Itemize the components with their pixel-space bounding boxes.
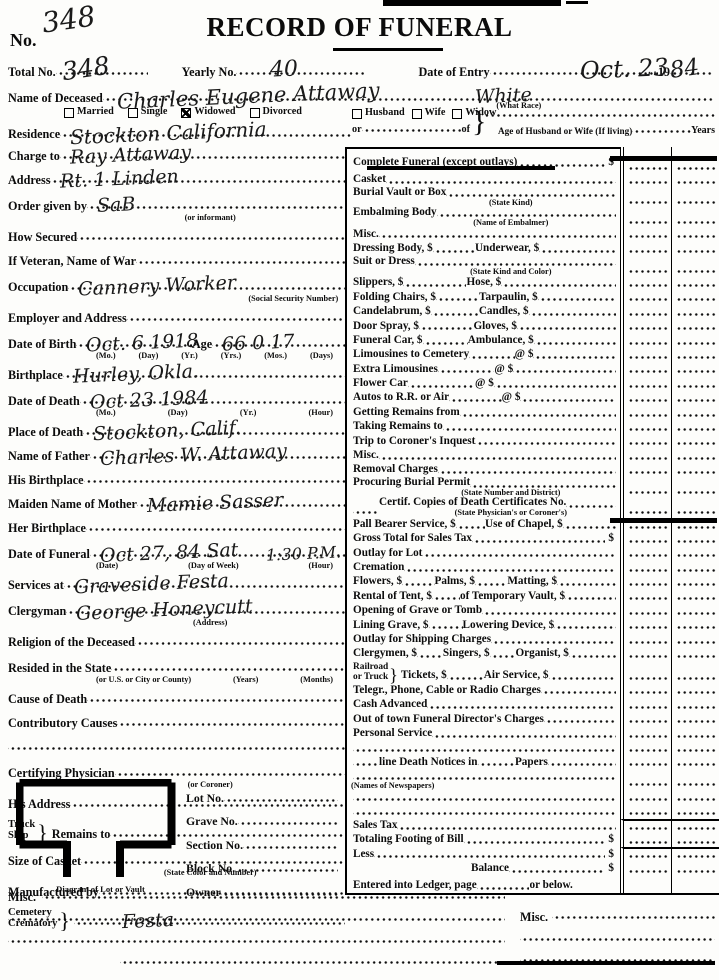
amount-cell [671,575,719,589]
charge-row-text: line Death Notices inPapers [345,756,620,770]
dotted-line [533,348,616,362]
form-field-row: How Secured [8,222,345,246]
field-label: Order given by [8,200,87,212]
amount-cell [671,833,719,847]
dotted-line [449,391,502,405]
dotted-line: SaB [87,189,345,212]
field-sublabel: (Mos.) [264,352,287,360]
dotted-line [675,590,716,604]
charge-row: Procuring Burial Permit(State Number and… [345,478,719,498]
years-label: Years [691,125,715,136]
dotted-line [675,319,716,333]
form-field-row: Place of DeathStockton, Calif. [8,417,345,441]
amount-cell [671,756,719,770]
relation-option-label: Husband [365,107,405,118]
dotted-line [379,449,616,463]
charge-row [345,804,719,818]
dotted-line [627,849,668,861]
field-sublabel: (or informant) [185,214,236,222]
dotted-line [509,862,605,876]
charge-row: Balance$ [345,862,719,876]
checkbox-icon [250,108,260,118]
form-field-row: Services atGraveside Festa [8,570,345,594]
dotted-line [675,348,716,362]
charge-item-label: Totaling Footing of Bill [353,834,464,845]
amount-cell [671,363,719,377]
charge-row-text: Certif. Copies of Death Certificates No.… [345,498,620,518]
dotted-line [8,939,505,943]
relation-option-label: Wife [425,107,446,118]
dotted-line [675,463,716,477]
dotted-line: Cannery Worker [68,270,345,293]
charge-item-label: Embalming Body [353,207,437,218]
charge-row-text: Flower Car@ $ [345,377,620,391]
charge-row: Taking Remains to [345,420,719,434]
dotted-line [627,449,668,463]
dotted-line [627,434,668,448]
dotted-line [557,575,616,589]
of-label: of [462,124,471,135]
amount-cell [620,833,671,847]
field-sublabels: (or informant) [8,214,345,222]
amount-cell [671,173,719,187]
dotted-line [675,305,716,319]
date-of-entry-value: Oct. 23 [579,55,669,83]
dotted-line: Charles W. Attaway [90,441,345,462]
amount-cell [620,207,671,227]
record-of-funeral-scan: { "header": { "no_label": "No.", "no_val… [0,0,719,980]
dotted-line [353,741,616,755]
amount-cell [671,406,719,420]
charge-row: Cash Advanced [345,698,719,712]
amount-cell [620,276,671,290]
checkbox-checked-icon [181,108,191,118]
charge-item-label: Gloves, $ [473,321,517,332]
dotted-line [675,561,716,575]
dotted-line [447,662,484,684]
dotted-line [397,819,616,833]
dotted-line [353,790,616,804]
amount-cell [620,847,671,861]
form-field-row: Maiden Name of MotherMamie Sasser [8,489,345,513]
dotted-line [675,727,716,741]
charge-sublabels: (Names of Newspapers) [347,782,620,790]
charge-row-text: Out of town Funeral Director's Charges [345,712,620,726]
field-label: Occupation [8,281,68,293]
field-label: How Secured [8,231,77,243]
dotted-line [675,804,716,818]
dotted-line [627,590,668,604]
dotted-line [675,334,716,348]
amount-cell [620,741,671,755]
dotted-line [675,633,716,647]
dotted-line [243,831,338,852]
dotted-line [42,895,505,899]
form-field-row: If Veteran, Name of War [8,246,345,270]
charge-row-text: Outlay for Lot [345,546,620,560]
dotted-line [491,633,616,647]
amount-cell [620,862,671,876]
dotted-line: George Honeycutt [66,594,345,617]
dotted-line [675,712,716,726]
amount-cell [671,604,719,618]
form-field-row: Charge toRay Attaway [8,141,345,165]
lot-diagram-outline [20,783,172,878]
amount-cell [620,561,671,575]
amount-cell [620,684,671,698]
charge-item-label: Funeral Car, $ [353,335,423,346]
amount-cell [620,363,671,377]
field-label: Address [8,174,50,186]
form-field-row: Date of FuneralOct 27, 84 Sat1:30 P.M.(D… [8,537,345,570]
race-sublabel: (What Race) [496,101,541,110]
charge-item-label: Personal Service [353,728,432,739]
field-label: Place of Death [8,426,83,438]
dotted-line [675,449,716,463]
field-sublabel: (Yrs.) [221,352,242,360]
dotted-line [478,756,515,770]
scan-artifact-bar [383,0,561,6]
charge-item-label: Procuring Burial Permit [353,477,470,488]
amount-cell [671,546,719,560]
dotted-line: Mamie Sasser [137,489,345,510]
amount-cell [671,532,719,546]
charge-row-text: Totaling Footing of Bill$ [345,833,620,847]
charge-item-label: Cash Advanced [353,699,427,710]
charge-row-text: Telegr., Phone, Cable or Radio Charges [345,684,620,698]
dotted-line [8,917,505,921]
charge-item-label: Papers [515,757,548,768]
charge-row: Rental of Tent, $of Temporary Vault, $ [345,590,719,604]
dotted-line [422,546,616,560]
name-of-deceased-row: Name of Deceased Charles Eugene Attaway … [8,84,713,106]
dotted-line [675,173,716,187]
dotted-line [675,406,716,420]
dotted-line [627,712,668,726]
dollar-sign: $ [608,533,614,544]
form-field-row: AddressRt. 1 Linden [8,165,345,189]
charge-item-label: Slippers, $ [353,277,403,288]
form-field-row: BirthplaceHurley, Okla. [8,360,345,384]
charge-item-label: Certif. Copies of Death Certificates No. [379,497,566,508]
misc-right-label: Misc. [520,911,548,923]
charge-row: Lining Grave, $Lowering Device, $ [345,618,719,632]
dotted-line [431,305,479,319]
page-title: RECORD OF FUNERAL [0,14,719,41]
charge-sublabels: (State Physician's or Coroner's) [347,509,620,517]
dotted-line [494,377,616,391]
dotted-line [627,727,668,741]
charge-item-label: Candelabrum, $ [353,306,431,317]
amount-cell [620,227,671,241]
dotted-line [675,604,716,618]
name-of-deceased-label: Name of Deceased [8,92,103,104]
amount-cell [671,876,719,893]
charge-row: Personal Service [345,727,719,741]
dotted-line [429,618,463,632]
charge-row-text: Slippers, $Hose, $ [345,276,620,290]
dotted-line [427,698,616,712]
amount-cell [671,790,719,804]
amount-cell [620,449,671,463]
charge-row-text: Suit or Dress(State Kind and Color) [345,256,620,276]
charge-row-text: Taking Remains to [345,420,620,434]
charge-item-label: Extra Limousines [353,364,438,375]
amount-cell [620,647,671,661]
field-sublabel: (Yr.) [181,352,198,360]
amount-cell [620,391,671,405]
amount-cell [671,741,719,755]
entry-row: Total No. 348 Yearly No. 40 Date of Entr… [8,56,714,80]
field-sublabel: (Date) [96,562,118,570]
amount-cell [620,420,671,434]
charge-row: Totaling Footing of Bill$ [345,833,719,847]
amount-cell [620,575,671,589]
dotted-line [111,651,345,674]
dotted-line: 348 [56,56,148,78]
lot-fields: Lot No.Grave No.Section No.Block No.Owne… [186,784,338,902]
charge-row-text [345,804,620,818]
field-sublabel: (Mo.) [96,409,116,417]
field-label: Birthplace [8,369,63,381]
dotted-line [235,855,338,876]
dotted-line [120,960,505,964]
amount-cell [671,662,719,684]
charge-item-label: Balance [471,863,509,874]
amount-cell [671,319,719,333]
lot-or-vault-diagram [16,779,176,881]
charge-item-label: line Death Notices in [379,757,478,768]
dotted-line [627,391,668,405]
lot-field-label: Section No. [186,840,243,852]
amount-cell [620,498,671,518]
marital-status-options: MarriedSingleWidowedDivorced [64,106,302,117]
dotted-line [627,187,668,207]
dotted-line [84,465,346,486]
charge-row: Pall Bearer Service, $Use of Chapel, $ [345,518,719,532]
dotted-line: Graveside Festa [64,570,345,591]
amount-cell [671,819,719,833]
dotted-line [627,305,668,319]
field-label: Certifying Physician [8,767,115,779]
amount-cell [620,727,671,741]
dotted-line [627,741,668,755]
amount-redaction-bar [610,156,717,161]
charge-item-label: Tickets, $ [401,670,447,681]
dotted-line [374,847,605,861]
charge-item-label: Folding Chairs, $ [353,292,436,303]
dotted-line [675,770,716,790]
charge-row: Dressing Body, $Underwear, $ [345,242,719,256]
dotted-line: Rt. 1 Linden [50,165,345,186]
field-sublabel: (Social Security Number) [248,295,338,303]
dotted-line [490,647,516,661]
dotted-line [362,123,462,135]
dotted-line [627,207,668,227]
charge-row-text: Extra Limousines@ $ [345,363,620,377]
field-sublabel: (Years) [233,676,258,684]
dotted-line [675,256,716,276]
stacked-charge-label: Railroador Truck [353,662,388,683]
year-value: 84 [669,56,701,83]
dotted-line [675,862,716,876]
amount-cell [620,319,671,333]
charge-item-label: Pall Bearer Service, $ [353,519,456,530]
checkbox-icon [64,108,74,118]
charge-row: Limousines to Cemetery@ $ [345,348,719,362]
charge-sublabel: (State Kind) [489,199,533,207]
charge-row: Opening of Grave or Tomb [345,604,719,618]
charge-row: Less$ [345,847,719,861]
lot-field-label: Block No. [186,863,235,875]
dotted-line [8,732,345,753]
dotted-line [417,647,443,661]
charge-sublabel: (Name of Embalmer) [473,219,548,227]
dotted-line [432,590,460,604]
form-field-row: Name of FatherCharles W. Attaway [8,441,345,465]
field-sublabel: (or U.S. or City or County) [96,676,191,684]
charge-row-text: Procuring Burial Permit(State Number and… [345,478,620,498]
residence-label: Residence [8,128,60,140]
amount-cell [620,662,671,684]
charge-row-text: Clergymen, $Singers, $Organist, $ [345,647,620,661]
amount-cell [671,727,719,741]
charge-row-text: Cremation [345,561,620,575]
amount-cell [620,633,671,647]
charge-item-label: Dressing Body, $ [353,243,433,254]
dotted-line [627,319,668,333]
amount-cell [620,334,671,348]
charge-item-label: Clergymen, $ [353,648,417,659]
total-no-value: 348 [60,53,111,84]
charge-row-text: Door Spray, $Gloves, $ [345,319,620,333]
dotted-line [627,377,668,391]
charge-sublabels: (State Kind and Color) [347,268,620,276]
amount-cell [620,804,671,818]
dotted-line [627,420,668,434]
field-label: Date of Funeral [8,548,90,560]
dotted-line [353,804,616,818]
dotted-line [565,590,616,604]
charge-row-text: Misc. [345,227,620,241]
form-field-row: Employer and Address [8,303,345,327]
amount-cell [671,276,719,290]
charge-row: Candelabrum, $Candles, $ [345,305,719,319]
lot-field-row: Block No. [186,855,338,879]
amount-cell [671,420,719,434]
charge-row-text: Personal Service [345,727,620,741]
amount-cell [671,207,719,227]
brace-glyph: } [59,912,70,930]
dotted-line [675,434,716,448]
dotted-line [469,348,514,362]
charges-ledger-section: Complete Funeral (except outlays)$Casket… [345,147,719,895]
amount-cell [620,698,671,712]
charge-item-label: Organist, $ [515,648,568,659]
charge-row: Extra Limousines@ $ [345,363,719,377]
charge-row-text: Balance$ [345,862,620,876]
dotted-line [675,618,716,632]
dotted-line: Oct 23 1984 [80,384,345,407]
lot-field-label: Lot No. [186,793,224,805]
stacked-label-line: or Truck [353,672,388,682]
dotted-line: Hurley, Okla. [63,360,345,381]
amount-cell [620,242,671,256]
charge-row-text: Sales Tax [345,819,620,833]
age-of-spouse-row: Age of Husband or Wife (If living) Years [498,123,715,136]
amount-cell [671,334,719,348]
charge-row: Complete Funeral (except outlays)$ [345,147,719,173]
amount-cell [671,498,719,518]
amount-cell [671,698,719,712]
charge-item-label: Flower Car [353,378,408,389]
charge-item-label: Cremation [353,562,404,573]
amount-cell [620,590,671,604]
charge-row-text: Lining Grave, $Lowering Device, $ [345,618,620,632]
dotted-line [563,518,616,532]
marital-option-label: Married [77,106,114,117]
charge-row: line Death Notices inPapers [345,756,719,770]
dotted-line [675,546,716,560]
checkbox-icon [412,109,422,119]
relation-option: Husband [352,107,405,118]
charge-item-label: Rental of Tent, $ [353,591,432,602]
charge-row: Outlay for Lot [345,546,719,560]
amount-cell [671,449,719,463]
field-sublabels: (or U.S. or City or County)(Years)(Month… [8,676,345,684]
field-sublabels: (Mo.)(Day)(Yr.)(Yrs.)(Mos.)(Days) [8,352,345,360]
field-sublabels: (Date)(Day of Week)(Hour) [8,562,345,570]
charge-row: Certif. Copies of Death Certificates No.… [345,498,719,518]
charge-item-label: Removal Charges [353,464,438,475]
amount-cell [620,478,671,498]
charge-item-label: Underwear, $ [475,243,539,254]
amount-cell [620,756,671,770]
dotted-line [436,291,479,305]
charge-item-label: or below. [529,880,572,891]
amount-cell [620,604,671,618]
charge-item-label: Palms, $ [435,576,475,587]
dotted-line [433,242,475,256]
charge-row [345,741,719,755]
charge-row-text: Folding Chairs, $Tarpaulin, $ [345,291,620,305]
dotted-line [675,227,716,241]
dotted-line [419,319,473,333]
charge-item-label: Matting, $ [507,576,557,587]
charge-row-text: Entered into Ledger, pageor below. [345,876,620,893]
charge-row: Flower Car@ $ [345,377,719,391]
marital-option: Divorced [250,106,302,117]
form-field-row: Contributory Causes [8,708,345,732]
charge-row: Sales Tax [345,819,719,833]
dotted-line [675,741,716,755]
dotted-line [408,377,475,391]
dotted-line [538,291,616,305]
amount-cell [671,187,719,207]
dotted-line [520,937,715,941]
dotted-line: 40 [236,56,364,78]
amount-cell [620,819,671,833]
charge-row: Door Spray, $Gloves, $ [345,319,719,333]
form-field-row: Resided in the State(or U.S. or City or … [8,651,345,684]
form-field-row: Date of DeathOct 23 1984(Mo.)(Day)(Yr.)(… [8,384,345,417]
charge-row: Entered into Ledger, pageor below. [345,876,719,893]
charge-item-label: Ambulance, $ [468,335,534,346]
amount-cell [620,532,671,546]
charge-row: Getting Remains from [345,406,719,420]
amount-cell [671,348,719,362]
dotted-line: 66 0 17 [212,327,345,350]
